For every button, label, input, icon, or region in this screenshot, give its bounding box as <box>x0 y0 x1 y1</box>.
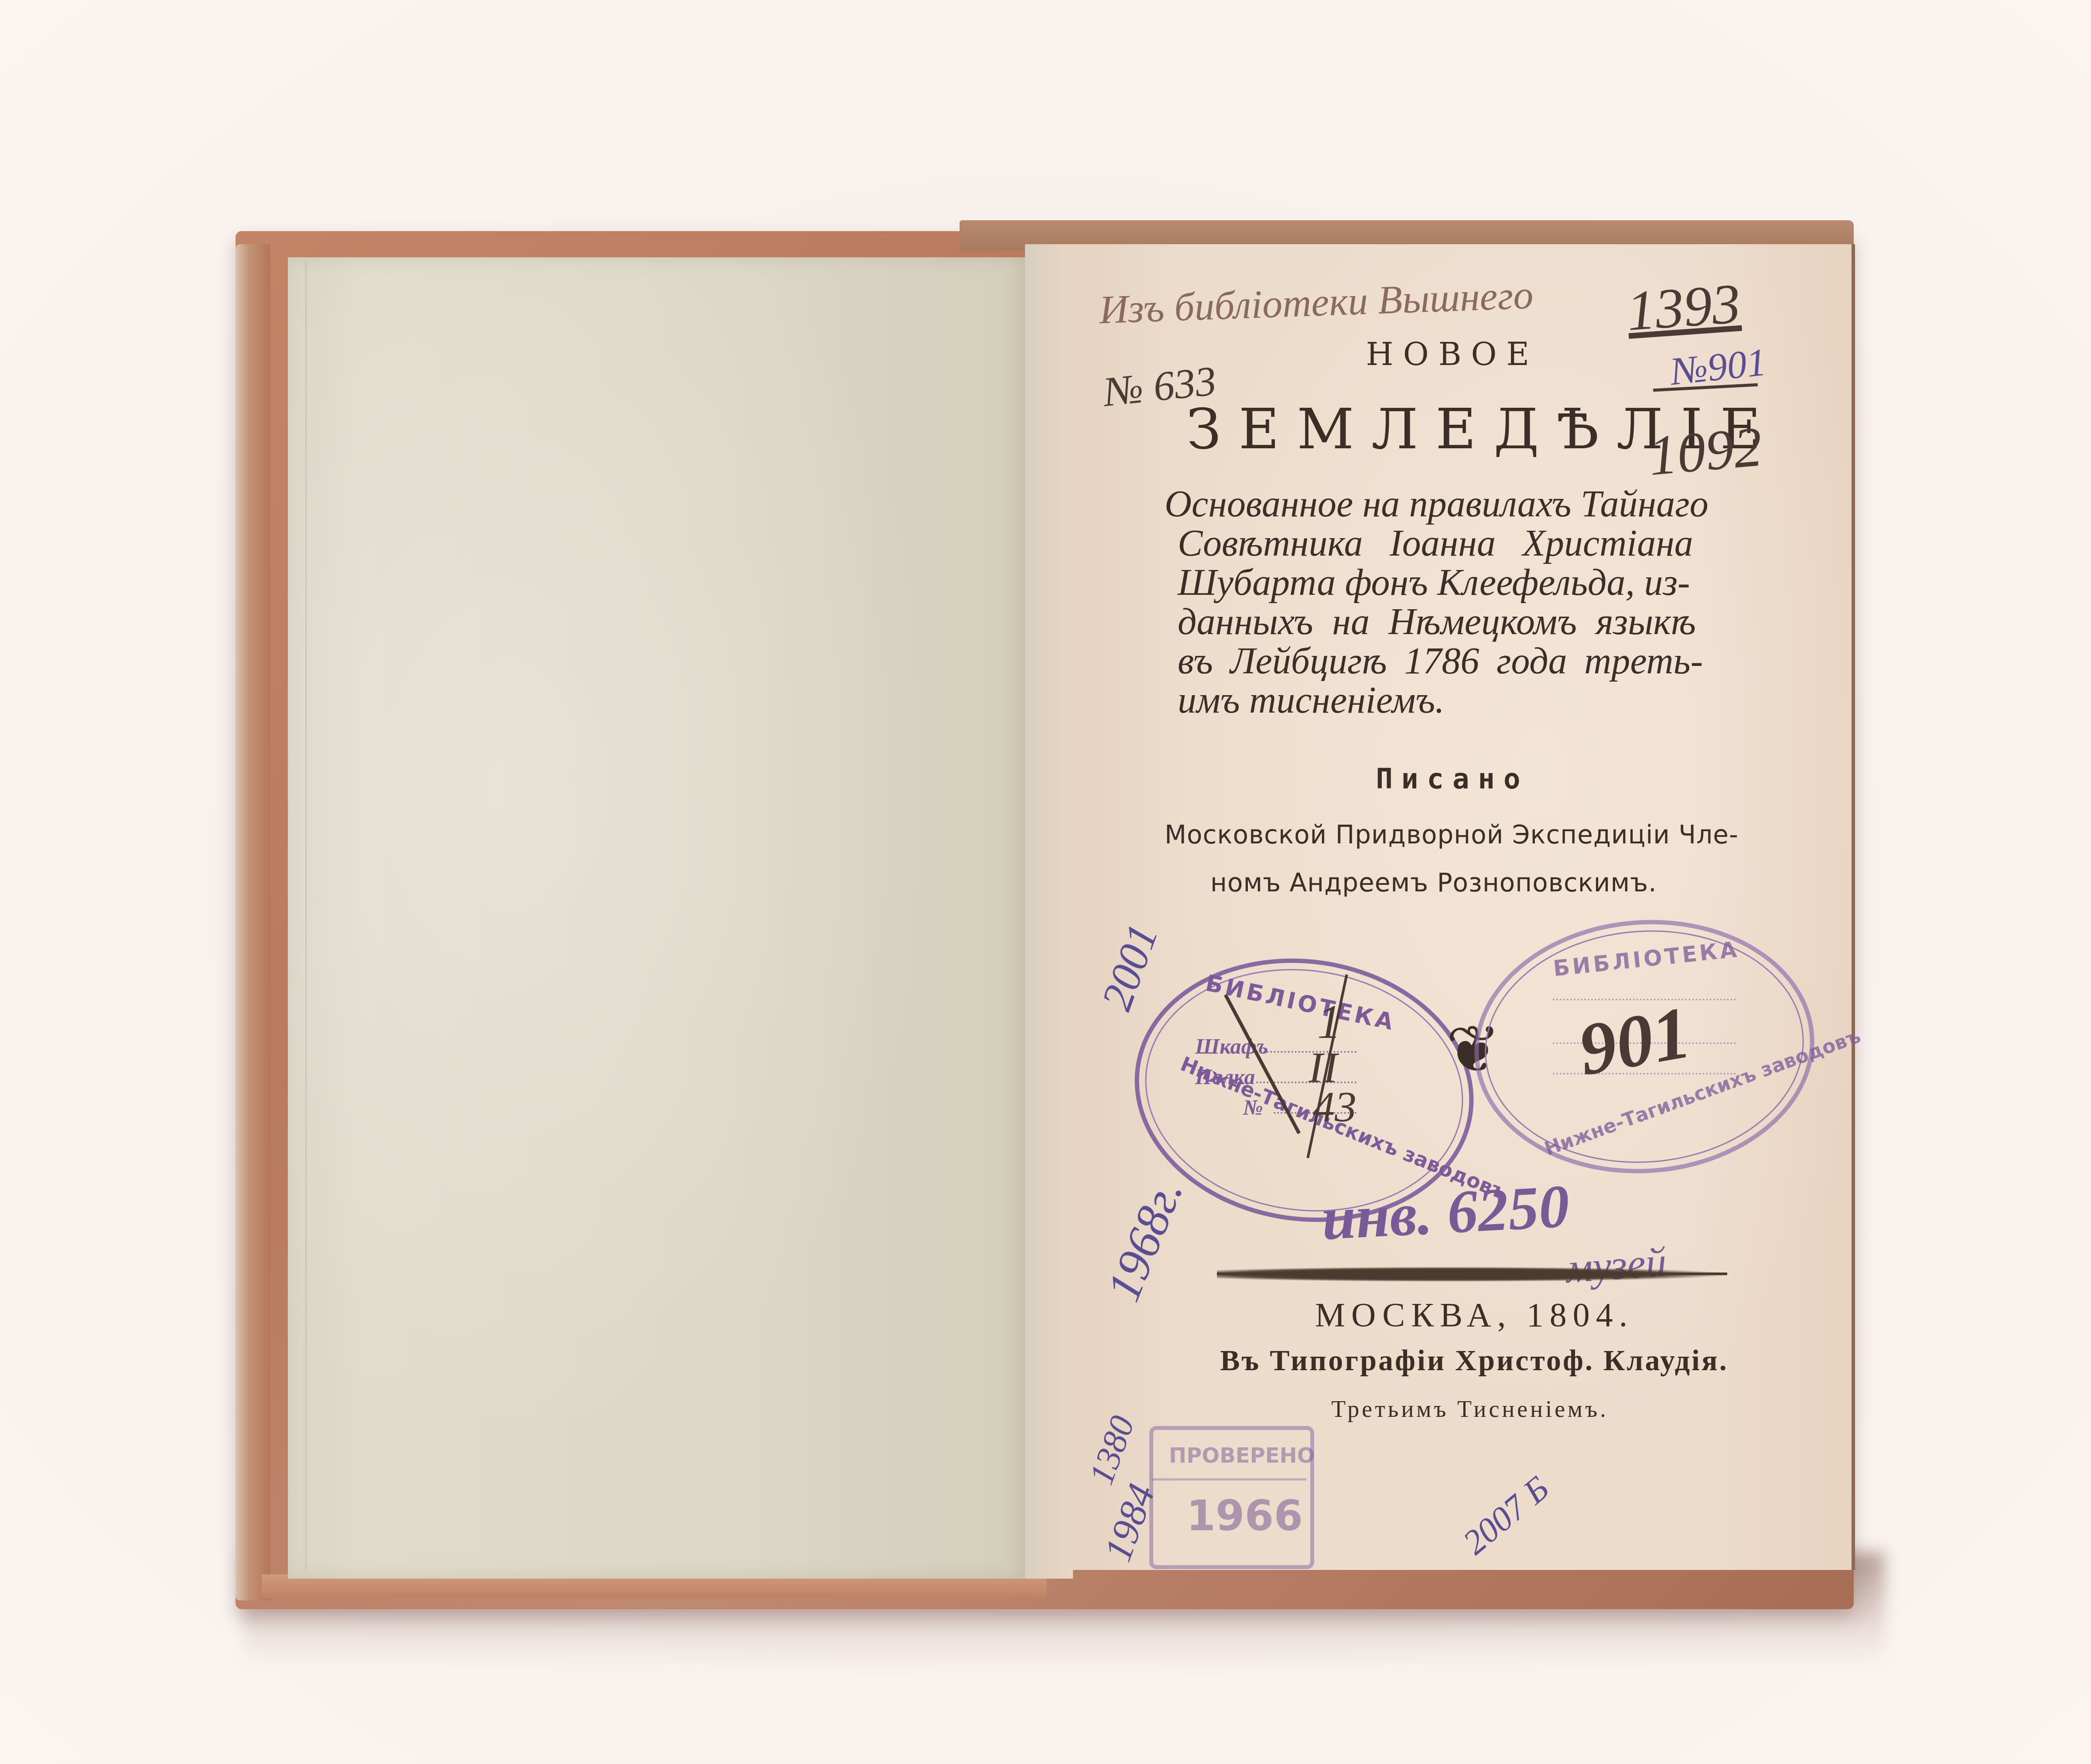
number-1393: 1393 <box>1625 271 1742 344</box>
subtitle-line-5: въ Лейбцигѣ 1786 года треть- <box>1178 639 1703 682</box>
decorative-rule <box>1217 1267 1727 1282</box>
stamp-left-shelf-line <box>1256 1051 1356 1053</box>
title-line-1: НОВОЕ <box>1287 336 1618 372</box>
struck-number-1092: 1092 <box>1646 414 1765 489</box>
subtitle-line-6: имъ тисненіемъ. <box>1178 678 1445 722</box>
flyleaf-fold <box>305 262 1031 1570</box>
imprint-printer: Въ Типографіи Христоф. Клаудія. <box>1151 1343 1797 1378</box>
book-gutter <box>1025 244 1073 1579</box>
imprint-city-year: МОСКВА, 1804. <box>1256 1295 1692 1334</box>
subtitle-line-3: Шубарта фонъ Клеефельда, из- <box>1178 560 1690 604</box>
subtitle-line-1: Основанное на правилахъ Тайнаго <box>1165 482 1708 525</box>
checked-stamp-divider <box>1151 1478 1306 1481</box>
subtitle-line-2: Совѣтника Іоанна Христіана <box>1178 521 1693 565</box>
author-line-1: Московской Придворной Экспедиціи Чле- <box>1165 820 1739 850</box>
imprint-edition: Третьимъ Тисненіемъ. <box>1274 1396 1666 1423</box>
checked-stamp-year: 1966 <box>1186 1491 1303 1540</box>
cover-left-edge <box>236 244 270 1600</box>
author-line-2: номъ Андреемъ Розноповскимъ. <box>1210 868 1657 897</box>
museum-note: музей <box>1564 1237 1668 1293</box>
subtitle-line-4: данныхъ на Нѣмецкомъ языкѣ <box>1178 600 1696 643</box>
inventory-label: инв. 6250 <box>1320 1171 1571 1254</box>
checked-stamp-text: ПРОВЕРЕНО <box>1169 1443 1315 1468</box>
written-by-label: Писано <box>1335 763 1570 795</box>
